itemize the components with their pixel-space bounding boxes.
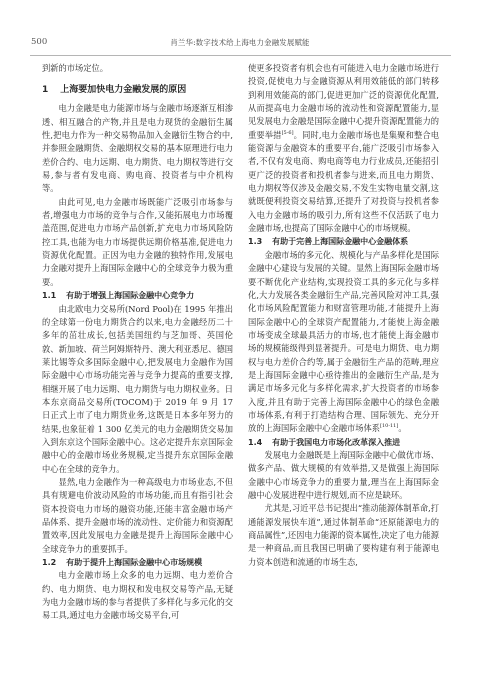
section-number: 1.1 bbox=[42, 291, 56, 300]
paragraph: 电力金融市场上众多的电力远期、电力差价合约、电力期货、电力期权和发电权交易等产品… bbox=[42, 569, 233, 622]
section-1-2-heading: 1.2有助于提升上海国际金融中心市场规模 bbox=[42, 556, 233, 569]
paragraph-text: 金融市场的多元化、规模化与产品多样化是国际金融中心建设与发展的关键。显然上海国际… bbox=[248, 250, 439, 433]
paragraph: 使更多投资者有机会也有可能进入电力金融市场进行投资,促使电力与金融资源从利用效能… bbox=[248, 62, 439, 235]
paragraph: 尤其是,习近平总书记提出“推动能源体制革命,打通能源发展快车道”,通过体制革命“… bbox=[248, 502, 439, 569]
section-number: 1.3 bbox=[248, 237, 262, 246]
section-title: 有助于提升上海国际金融中心市场规模 bbox=[66, 558, 202, 567]
section-number: 1.2 bbox=[42, 558, 56, 567]
header-divider bbox=[30, 55, 451, 56]
paragraph-text: 。 bbox=[398, 423, 406, 433]
paragraph: 电力金融是电力能源市场与金融市场逐渐互相渗透、相互融合的产物,并且是电力现货的金… bbox=[42, 102, 233, 195]
citation: [10-11] bbox=[380, 423, 398, 429]
paragraph: 发展电力金融既是上海国际金融中心做优市场、做多产品、做大规模的有效举措,又是做强… bbox=[248, 449, 439, 502]
paragraph: 显然,电力金融作为一种高级电力市场业态,不但具有规避电价波动风险的市场功能,而且… bbox=[42, 476, 233, 556]
section-number: 1.4 bbox=[248, 438, 262, 447]
running-title: 肖兰华:数字技术给上海电力金融发展赋能 bbox=[150, 37, 330, 48]
paragraph-text: 使更多投资者有机会也有可能进入电力金融市场进行投资,促使电力与金融资源从利用效能… bbox=[248, 63, 439, 140]
section-title: 有助于我国电力市场化改革深入推进 bbox=[272, 438, 400, 447]
paragraph: 金融市场的多元化、规模化与产品多样化是国际金融中心建设与发展的关键。显然上海国际… bbox=[248, 249, 439, 436]
section-title: 有助于完善上海国际金融中心金融体系 bbox=[272, 237, 408, 246]
section-title: 上海要加快电力金融发展的原因 bbox=[60, 85, 186, 95]
paragraph: 由此可见,电力金融市场既能广泛吸引市场参与者,增强电力市场的竞争与合作,又能拓展… bbox=[42, 196, 233, 289]
right-column: 使更多投资者有机会也有可能进入电力金融市场进行投资,促使电力与金融资源从利用效能… bbox=[248, 62, 439, 569]
page-number: 500 bbox=[31, 37, 47, 47]
section-1-heading: 1上海要加快电力金融发展的原因 bbox=[42, 83, 233, 97]
section-1-4-heading: 1.4有助于我国电力市场化改革深入推进 bbox=[248, 436, 439, 449]
section-1-1-heading: 1.1有助于增强上海国际金融中心竞争力 bbox=[42, 289, 233, 302]
paragraph-text: 。同时,电力金融市场也是集聚和整合电能资源与金融资本的重要平台,能广泛吸引市场参… bbox=[248, 130, 439, 233]
section-1-3-heading: 1.3有助于完善上海国际金融中心金融体系 bbox=[248, 235, 439, 248]
left-column: 到新的市场定位。 1上海要加快电力金融发展的原因 电力金融是电力能源市场与金融市… bbox=[42, 62, 233, 623]
paragraph: 由北欧电力交易所(Nord Pool)在 1995 年推出的全球第一份电力期货合… bbox=[42, 303, 233, 476]
citation: [5-6] bbox=[282, 130, 294, 136]
continuation-paragraph: 到新的市场定位。 bbox=[42, 62, 233, 75]
section-number: 1 bbox=[42, 85, 48, 95]
section-title: 有助于增强上海国际金融中心竞争力 bbox=[66, 291, 194, 300]
